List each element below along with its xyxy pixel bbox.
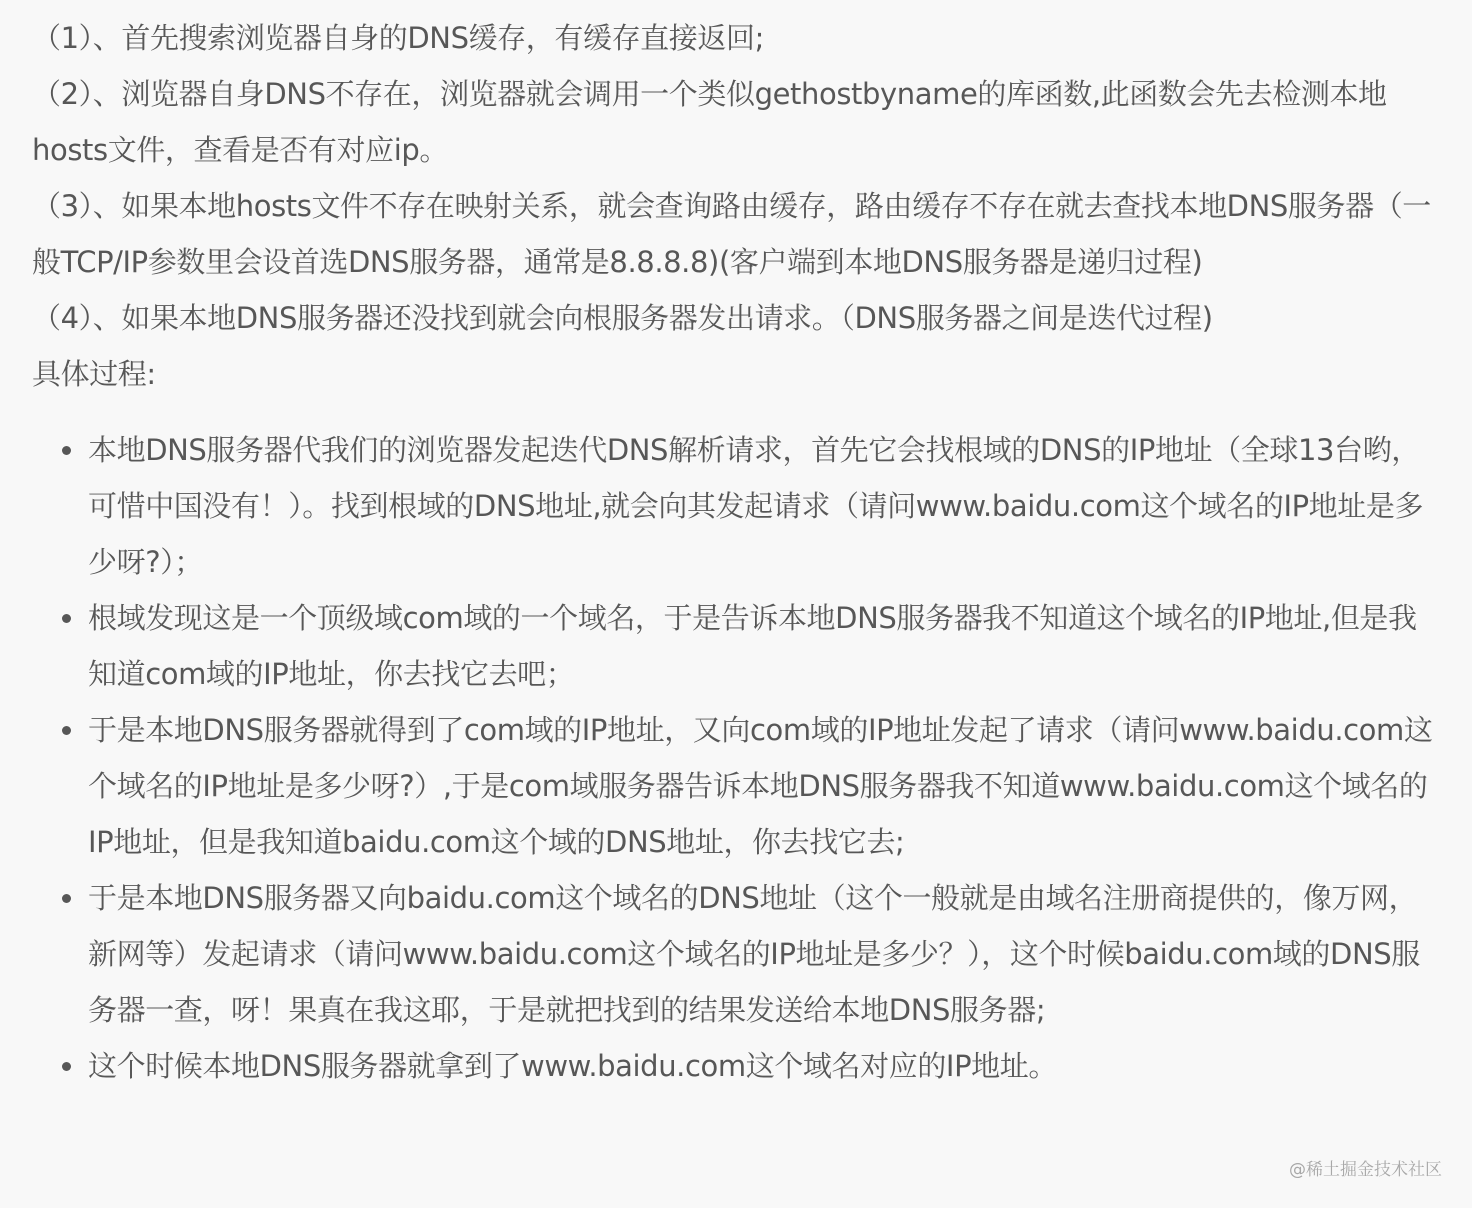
dns-step-3: （3）、如果本地hosts文件不存在映射关系，就会查询路由缓存，路由缓存不存在就…	[32, 178, 1444, 290]
bullet-icon	[62, 446, 71, 455]
list-item: 于是本地DNS服务器又向baidu.com这个域名的DNS地址（这个一般就是由域…	[88, 870, 1440, 1038]
dns-step-2: （2）、浏览器自身DNS不存在，浏览器就会调用一个类似gethostbyname…	[32, 66, 1444, 178]
list-item-text: 本地DNS服务器代我们的浏览器发起迭代DNS解析请求，首先它会找根域的DNS的I…	[88, 433, 1423, 579]
bullet-icon	[62, 614, 71, 623]
dns-step-1: （1）、首先搜索浏览器自身的DNS缓存，有缓存直接返回;	[32, 10, 1444, 66]
list-item: 这个时候本地DNS服务器就拿到了www.baidu.com这个域名对应的IP地址…	[88, 1038, 1440, 1094]
bullet-icon	[62, 894, 71, 903]
list-item: 本地DNS服务器代我们的浏览器发起迭代DNS解析请求，首先它会找根域的DNS的I…	[88, 422, 1440, 590]
watermark: @稀土掘金技术社区	[1289, 1155, 1442, 1180]
article-body: （1）、首先搜索浏览器自身的DNS缓存，有缓存直接返回; （2）、浏览器自身DN…	[32, 10, 1444, 1094]
list-item-text: 于是本地DNS服务器就得到了com域的IP地址，又向com域的IP地址发起了请求…	[88, 713, 1432, 859]
list-item-text: 根域发现这是一个顶级域com域的一个域名，于是告诉本地DNS服务器我不知道这个域…	[88, 601, 1417, 691]
dns-step-4: （4）、如果本地DNS服务器还没找到就会向根服务器发出请求。（DNS服务器之间是…	[32, 290, 1444, 346]
list-item: 根域发现这是一个顶级域com域的一个域名，于是告诉本地DNS服务器我不知道这个域…	[88, 590, 1440, 702]
bullet-icon	[62, 1062, 71, 1071]
list-item-text: 于是本地DNS服务器又向baidu.com这个域名的DNS地址（这个一般就是由域…	[88, 881, 1420, 1027]
detail-heading: 具体过程:	[32, 346, 1444, 402]
bullet-icon	[62, 726, 71, 735]
detail-list: 本地DNS服务器代我们的浏览器发起迭代DNS解析请求，首先它会找根域的DNS的I…	[32, 422, 1440, 1094]
list-item-text: 这个时候本地DNS服务器就拿到了www.baidu.com这个域名对应的IP地址…	[88, 1049, 1057, 1083]
list-item: 于是本地DNS服务器就得到了com域的IP地址，又向com域的IP地址发起了请求…	[88, 702, 1440, 870]
